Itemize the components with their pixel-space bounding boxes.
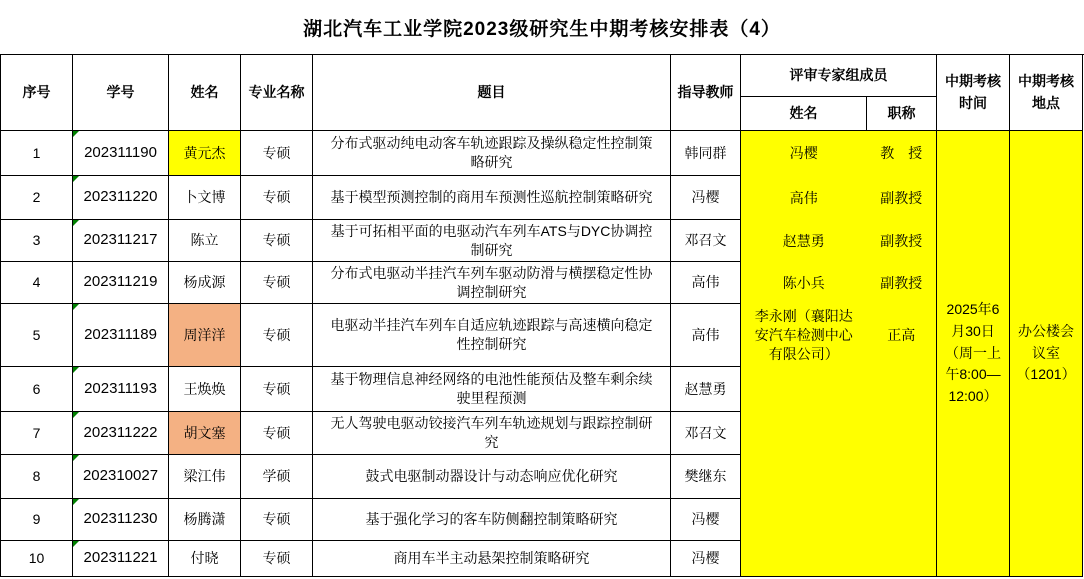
flag-triangle-icon [73, 367, 79, 373]
serial-cell[interactable]: 3 [1, 220, 73, 262]
col-header-major: 专业名称 [241, 55, 313, 131]
student-id-cell[interactable]: 202311217 [73, 220, 169, 262]
expert-row: 陈小兵 副教授 [741, 262, 936, 304]
col-header-student-id: 学号 [73, 55, 169, 131]
serial-cell[interactable]: 4 [1, 262, 73, 304]
col-header-topic: 题目 [313, 55, 671, 131]
student-name-cell[interactable]: 杨腾潇 [169, 499, 241, 541]
student-name-cell[interactable]: 黄元杰 [169, 131, 241, 176]
student-id-cell[interactable]: 202311230 [73, 499, 169, 541]
major-cell[interactable]: 专硕 [241, 499, 313, 541]
student-id: 202311190 [84, 143, 157, 163]
major-cell[interactable]: 专硕 [241, 304, 313, 367]
topic-cell[interactable]: 基于物理信息神经网络的电池性能预估及整车剩余续驶里程预测 [313, 367, 671, 412]
advisor-cell[interactable]: 高伟 [671, 262, 741, 304]
col-header-exam-time: 中期考核时间 [937, 55, 1010, 131]
expert-group-panel[interactable]: 冯樱 教 授 高伟 副教授 赵慧勇 副教授 陈小兵 副教授 李永刚（襄阳达安汽车… [741, 131, 937, 577]
major-cell[interactable]: 专硕 [241, 367, 313, 412]
topic-cell[interactable]: 基于可拓相平面的电驱动汽车列车ATS与DYC协调控制研究 [313, 220, 671, 262]
page-title: 湖北汽车工业学院2023级研究生中期考核安排表（4） [0, 0, 1084, 54]
advisor-cell[interactable]: 韩同群 [671, 131, 741, 176]
student-name-cell[interactable]: 胡文塞 [169, 412, 241, 455]
expert-title: 副教授 [866, 262, 936, 304]
flag-triangle-icon [73, 541, 79, 547]
major-cell[interactable]: 专硕 [241, 262, 313, 304]
expert-name: 高伟 [741, 176, 866, 220]
expert-name: 陈小兵 [741, 262, 866, 304]
advisor-cell[interactable]: 赵慧勇 [671, 367, 741, 412]
topic-cell[interactable]: 基于强化学习的客车防侧翻控制策略研究 [313, 499, 671, 541]
flag-triangle-icon [73, 304, 79, 310]
student-id: 202311189 [84, 325, 157, 345]
student-id-cell[interactable]: 202311221 [73, 541, 169, 577]
major-cell[interactable]: 专硕 [241, 541, 313, 577]
student-name-cell[interactable]: 付晓 [169, 541, 241, 577]
student-id-cell[interactable]: 202311219 [73, 262, 169, 304]
student-id: 202311219 [84, 272, 158, 292]
flag-triangle-icon [73, 412, 79, 418]
flag-triangle-icon [73, 131, 79, 137]
student-id-cell[interactable]: 202311220 [73, 176, 169, 220]
topic-cell[interactable]: 鼓式电驱制动器设计与动态响应优化研究 [313, 455, 671, 499]
exam-location-cell[interactable]: 办公楼会议室（1201） [1010, 131, 1083, 577]
student-id: 202311217 [84, 230, 158, 250]
exam-time-cell[interactable]: 2025年6月30日（周一上午8:00—12:00） [937, 131, 1010, 577]
student-id-cell[interactable]: 202311189 [73, 304, 169, 367]
flag-triangle-icon [73, 176, 79, 182]
student-name-cell[interactable]: 王焕焕 [169, 367, 241, 412]
advisor-cell[interactable]: 邓召文 [671, 220, 741, 262]
major-cell[interactable]: 专硕 [241, 220, 313, 262]
student-id: 202311230 [84, 509, 158, 529]
expert-row: 冯樱 教 授 [741, 131, 936, 176]
serial-cell[interactable]: 2 [1, 176, 73, 220]
student-name-cell[interactable]: 陈立 [169, 220, 241, 262]
student-id: 202311193 [84, 379, 157, 399]
topic-cell[interactable]: 基于模型预测控制的商用车预测性巡航控制策略研究 [313, 176, 671, 220]
expert-title: 副教授 [866, 220, 936, 262]
advisor-cell[interactable]: 樊继东 [671, 455, 741, 499]
student-id-cell[interactable]: 202311222 [73, 412, 169, 455]
expert-row: 赵慧勇 副教授 [741, 220, 936, 262]
advisor-cell[interactable]: 高伟 [671, 304, 741, 367]
col-header-experts-group: 评审专家组成员 [741, 55, 937, 97]
expert-title: 教 授 [866, 131, 936, 176]
col-header-expert-title: 职称 [867, 97, 937, 131]
student-id: 202310027 [83, 466, 158, 486]
expert-title: 副教授 [866, 176, 936, 220]
advisor-cell[interactable]: 邓召文 [671, 412, 741, 455]
col-header-exam-location: 中期考核地点 [1010, 55, 1083, 131]
student-id-cell[interactable]: 202311190 [73, 131, 169, 176]
serial-cell[interactable]: 7 [1, 412, 73, 455]
flag-triangle-icon [73, 455, 79, 461]
student-name-cell[interactable]: 卜文博 [169, 176, 241, 220]
advisor-cell[interactable]: 冯樱 [671, 541, 741, 577]
expert-row: 李永刚（襄阳达安汽车检测中心有限公司） 正高 [741, 304, 936, 367]
student-id: 202311220 [84, 187, 158, 207]
flag-triangle-icon [73, 220, 79, 226]
expert-name: 冯樱 [741, 131, 866, 176]
topic-cell[interactable]: 分布式驱动纯电动客车轨迹跟踪及操纵稳定性控制策略研究 [313, 131, 671, 176]
major-cell[interactable]: 专硕 [241, 131, 313, 176]
serial-cell[interactable]: 9 [1, 499, 73, 541]
topic-cell[interactable]: 电驱动半挂汽车列车自适应轨迹跟踪与高速横向稳定性控制研究 [313, 304, 671, 367]
serial-cell[interactable]: 6 [1, 367, 73, 412]
student-id-cell[interactable]: 202311193 [73, 367, 169, 412]
student-id: 202311221 [84, 548, 158, 568]
student-name-cell[interactable]: 杨成源 [169, 262, 241, 304]
serial-cell[interactable]: 1 [1, 131, 73, 176]
expert-name: 赵慧勇 [741, 220, 866, 262]
topic-cell[interactable]: 无人驾驶电驱动铰接汽车列车轨迹规划与跟踪控制研究 [313, 412, 671, 455]
expert-row: 高伟 副教授 [741, 176, 936, 220]
serial-cell[interactable]: 5 [1, 304, 73, 367]
expert-name: 李永刚（襄阳达安汽车检测中心有限公司） [741, 304, 866, 367]
topic-cell[interactable]: 分布式电驱动半挂汽车列车驱动防滑与横摆稳定性协调控制研究 [313, 262, 671, 304]
major-cell[interactable]: 学硕 [241, 455, 313, 499]
flag-triangle-icon [73, 499, 79, 505]
col-header-no: 序号 [1, 55, 73, 131]
serial-cell[interactable]: 8 [1, 455, 73, 499]
topic-cell[interactable]: 商用车半主动悬架控制策略研究 [313, 541, 671, 577]
advisor-cell[interactable]: 冯樱 [671, 176, 741, 220]
serial-cell[interactable]: 10 [1, 541, 73, 577]
col-header-name: 姓名 [169, 55, 241, 131]
major-cell[interactable]: 专硕 [241, 412, 313, 455]
student-name-cell[interactable]: 梁江伟 [169, 455, 241, 499]
col-header-advisor: 指导教师 [671, 55, 741, 131]
student-id: 202311222 [84, 423, 158, 443]
major-cell[interactable]: 专硕 [241, 176, 313, 220]
expert-title: 正高 [866, 304, 936, 367]
student-id-cell[interactable]: 202310027 [73, 455, 169, 499]
schedule-table: 序号 学号 姓名 专业名称 题目 指导教师 评审专家组成员 姓名 职称 中期考核… [0, 54, 1084, 577]
student-name-cell[interactable]: 周洋洋 [169, 304, 241, 367]
col-header-expert-name: 姓名 [741, 97, 867, 131]
advisor-cell[interactable]: 冯樱 [671, 499, 741, 541]
